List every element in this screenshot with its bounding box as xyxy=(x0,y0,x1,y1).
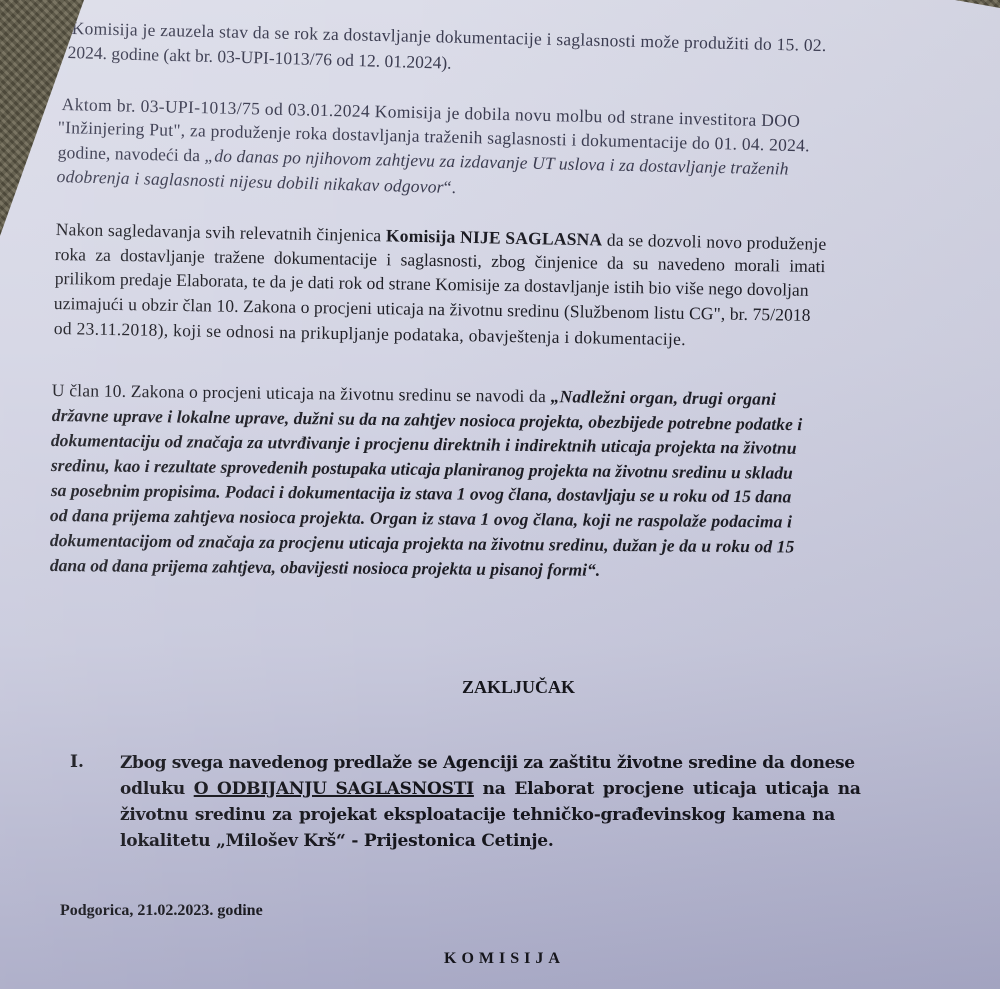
decision-line-2: roka za dostavljanje tražene dokumentaci… xyxy=(55,244,826,276)
commission-name: Komisija xyxy=(386,225,456,246)
decision-line-1-plain: Nakon sagledavanja svih relevatnih činje… xyxy=(56,219,387,245)
conclusion-line-2-end: na Elaborat procjene uticaja uticaja na xyxy=(474,779,861,799)
request-line-3: godine, navodeći da „do danas po njihovo… xyxy=(58,142,789,179)
place-and-date: Podgorica, 21.02.2023. godine xyxy=(60,902,263,920)
decision-line-1: Nakon sagledavanja svih relevatnih činje… xyxy=(56,219,827,254)
law-line-8: dana od dana prijema zahtjeva, obavijest… xyxy=(50,555,600,580)
law-line-4: sredinu, kao i rezultate sprovedenih pos… xyxy=(51,455,793,483)
law-line-1: U član 10. Zakona o procjeni uticaja na … xyxy=(52,380,777,409)
conclusion-item-number: I. xyxy=(70,752,84,772)
law-line-5: sa posebnim propisima. Podaci i dokument… xyxy=(51,480,792,506)
request-quote-close: “. xyxy=(443,177,456,197)
decision-line-3: prilikom predaje Elaborata, te da je dat… xyxy=(55,268,809,300)
rejection-decision-text: O ODBIJANJU SAGLASNOSTI xyxy=(194,779,474,799)
signatory: KOMISIJA xyxy=(444,950,565,968)
intro-line-1: Komisija je zauzela stav da se rok za do… xyxy=(72,18,827,55)
law-line-2: državne uprave i lokalne uprave, dužni s… xyxy=(52,405,803,434)
request-line-2: "Inžinjering Put", za produženje roka do… xyxy=(58,117,811,155)
law-line-3: dokumentaciju od značaja za utvrđivanje … xyxy=(51,430,797,458)
law-line-6: od dana prijema zahtjeva nosioca projekt… xyxy=(50,505,792,531)
conclusion-line-2: odluku O ODBIJANJU SAGLASNOSTI na Elabor… xyxy=(120,776,861,802)
conclusion-line-2-start: odluku xyxy=(120,779,194,799)
law-quote-start: „Nadležni organ, drugi organi xyxy=(551,386,777,409)
decision-line-5: od 23.11.2018), koji se odnosi na prikup… xyxy=(54,318,686,349)
intro-line-2: 2024. godine (akt br. 03-UPI-1013/76 od … xyxy=(67,42,451,73)
request-line-4: odobrenja i saglasnosti nijesu dobili ni… xyxy=(56,166,456,197)
conclusion-line-3: životnu sredinu za projekat eksploatacij… xyxy=(120,802,835,828)
law-line-1-plain: U član 10. Zakona o procjeni uticaja na … xyxy=(52,380,551,406)
request-quote-end: odobrenja i saglasnosti nijesu dobili ni… xyxy=(56,166,444,197)
decision-line-1-end: da se dozvoli novo produženje xyxy=(602,229,827,253)
request-line-1: Aktom br. 03-UPI-1013/75 od 03.01.2024 K… xyxy=(62,94,801,131)
request-line-3-plain: godine, navodeći da xyxy=(58,142,205,165)
decision-line-4: uzimajući u obzir član 10. Zakona o proc… xyxy=(54,293,811,325)
conclusion-line-1: Zbog svega navedenog predlaže se Agencij… xyxy=(120,750,855,776)
not-agreed-text: NIJE SAGLASNA xyxy=(455,227,602,250)
law-line-7: dokumentacijom od značaja za procjenu ut… xyxy=(50,530,795,556)
conclusion-title: ZAKLJUČAK xyxy=(462,677,575,698)
document-page: Komisija je zauzela stav da se rok za do… xyxy=(0,0,1000,989)
request-quote-start: „do danas po njihovom zahtjevu za izdava… xyxy=(204,145,789,178)
conclusion-line-4: lokalitetu „Milošev Krš“ - Prijestonica … xyxy=(120,828,554,854)
